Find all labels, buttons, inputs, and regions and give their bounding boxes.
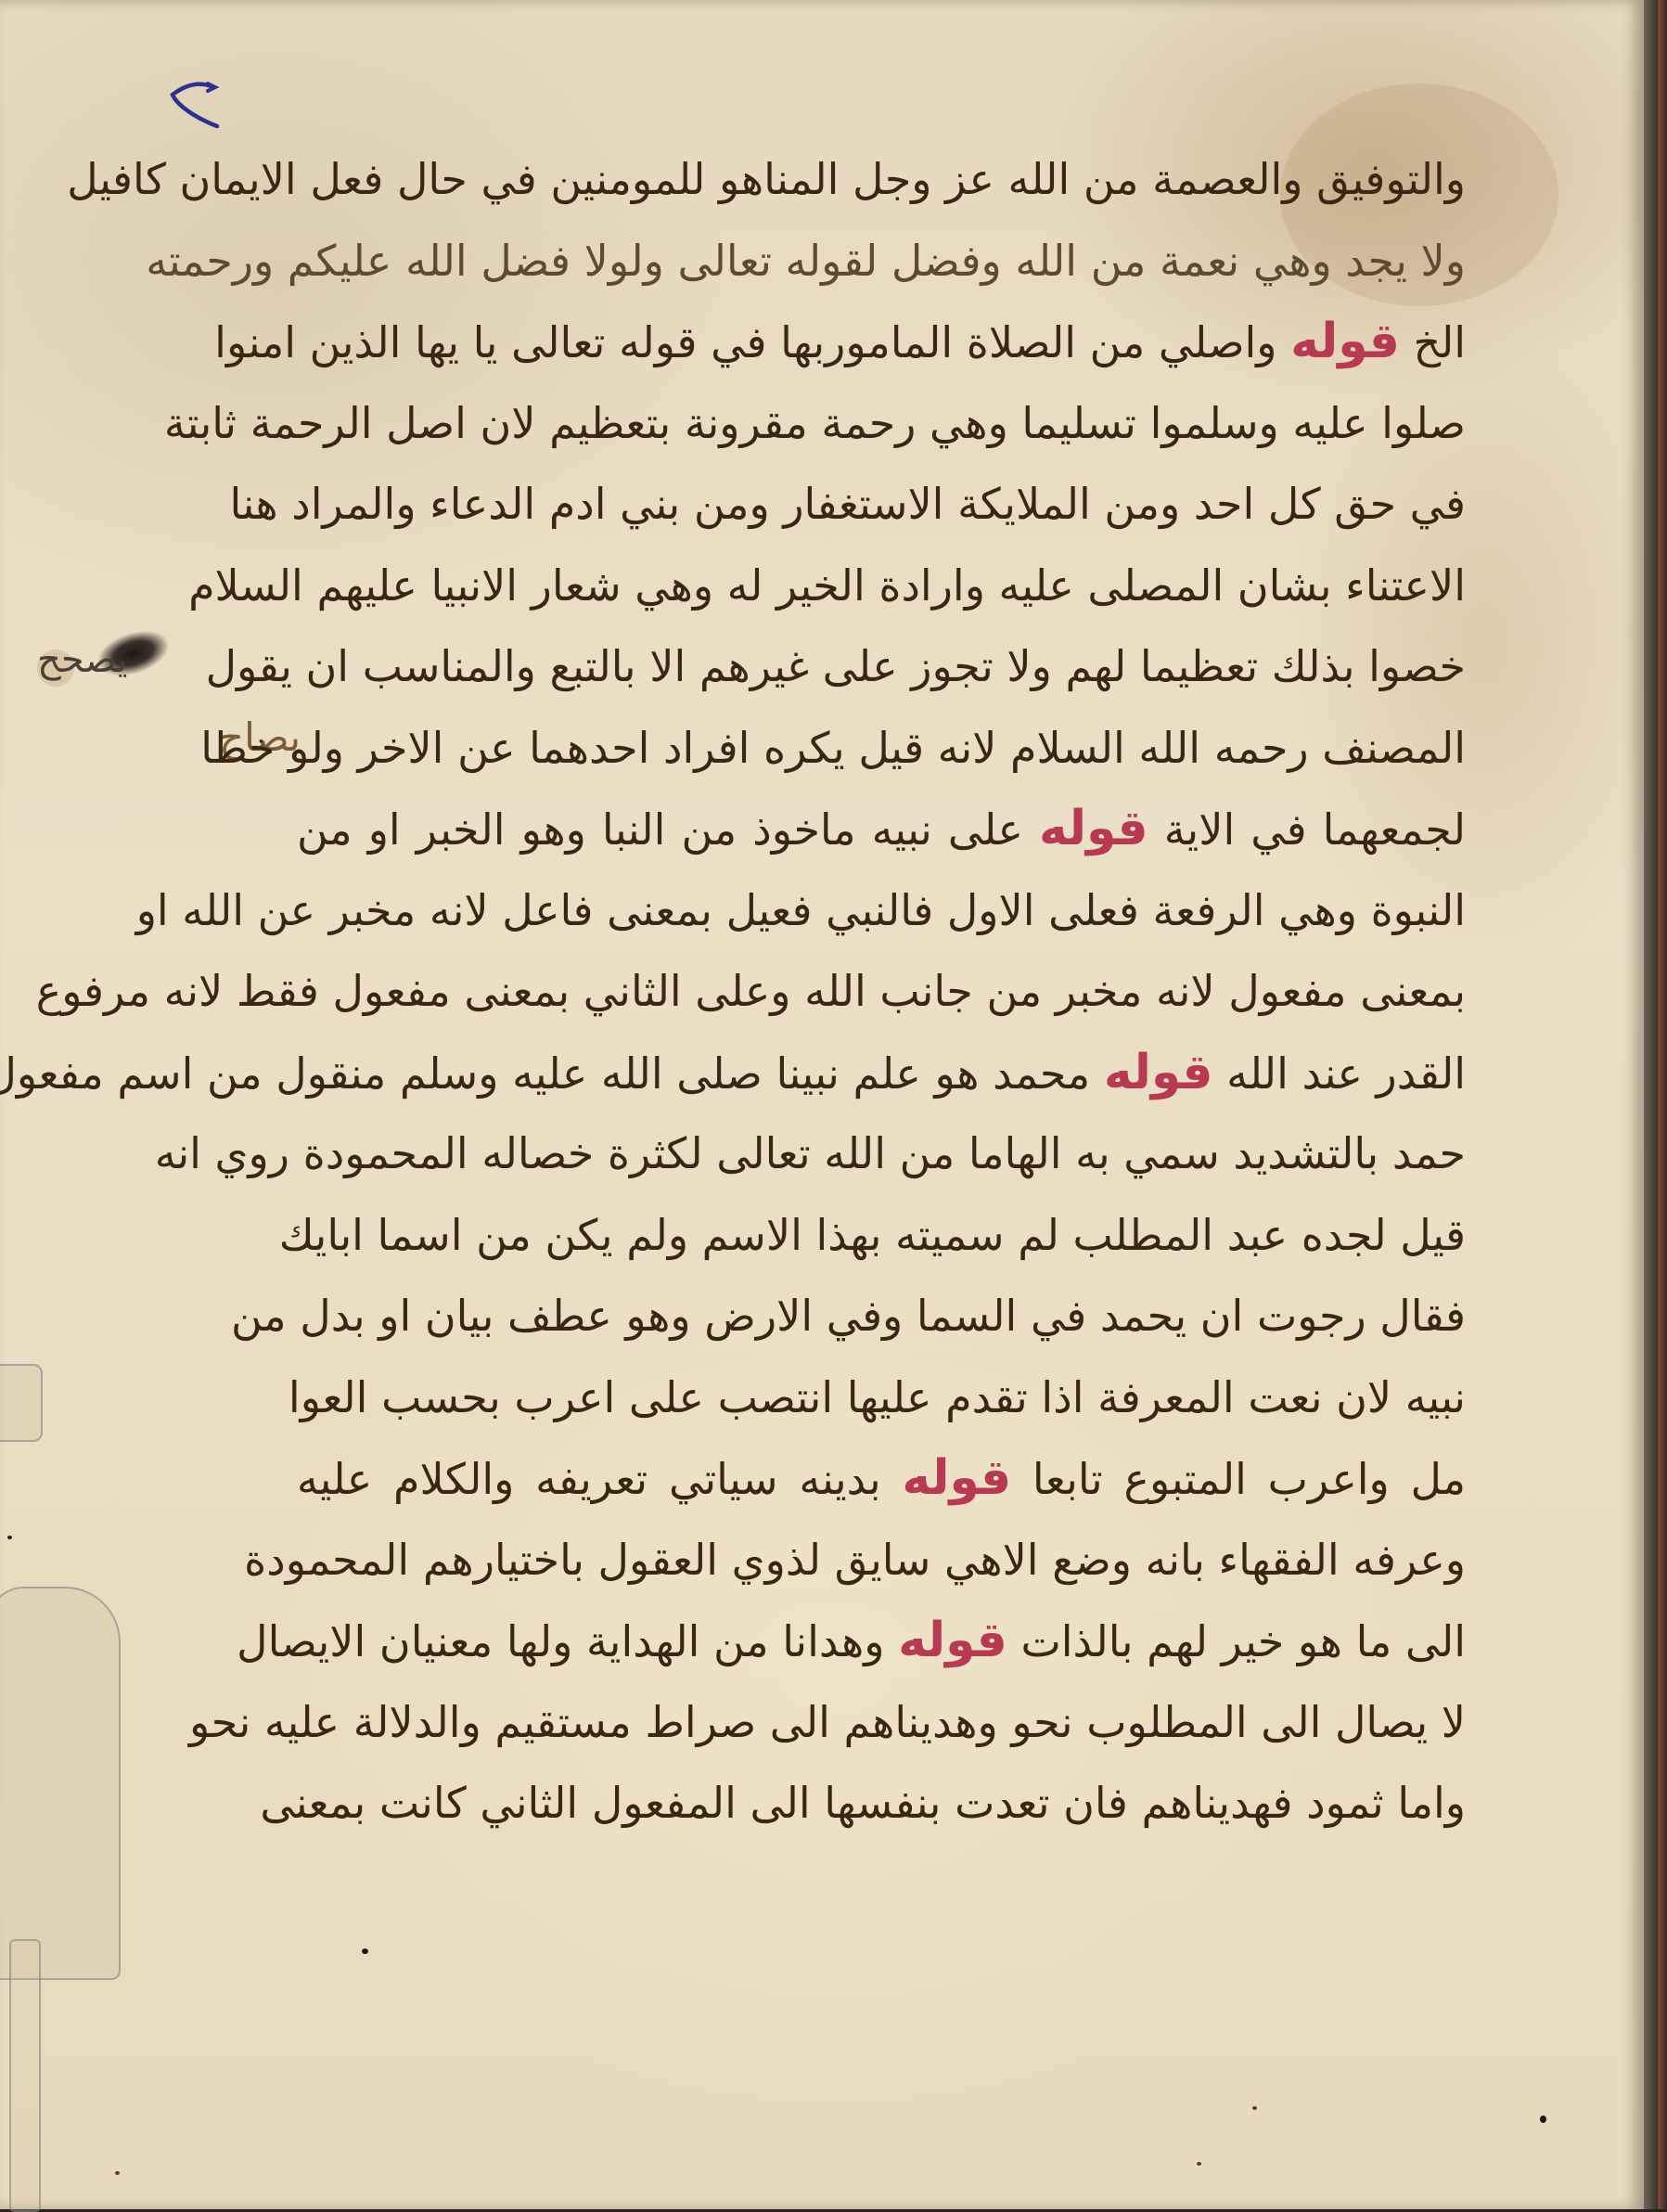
text-line: الاعتناء بشان المصلى عليه وارادة الخير ل… xyxy=(297,546,1466,627)
text-line: في حق كل احد ومن الملايكة الاستغفار ومن … xyxy=(297,464,1466,546)
book-spine-edge xyxy=(1644,0,1667,2209)
text-line: النبوة وهي الرفعة فعلى الاول فالنبي فعيل… xyxy=(297,870,1466,952)
rubric-qawluhu: قوله xyxy=(898,1613,1007,1668)
rubric-qawluhu: قوله xyxy=(1290,314,1400,369)
text-line: بمعنى مفعول لانه مخبر من جانب الله وعلى … xyxy=(297,951,1466,1033)
text-line: الخ قوله واصلي من الصلاة الماموربها في ق… xyxy=(297,302,1466,383)
rubric-qawluhu: قوله xyxy=(902,1450,1011,1506)
main-text-block: والتوفيق والعصمة من الله عز وجل المناهو … xyxy=(297,139,1466,1845)
text-line: واما ثمود فهديناهم فان تعدت بنفسها الى ا… xyxy=(297,1763,1466,1845)
manuscript-page: يصحح بصاح والتوفيق والعصمة من الله عز وج… xyxy=(0,0,1649,2209)
speck xyxy=(1252,2106,1257,2110)
text-line: فقال رجوت ان يحمد في السما وفي الارض وهو… xyxy=(297,1276,1466,1357)
margin-note: يصحح xyxy=(37,638,127,681)
speck xyxy=(1197,2162,1201,2166)
text-line: صلوا عليه وسلموا تسليما وهي رحمة مقرونة … xyxy=(297,383,1466,465)
speck xyxy=(362,1948,368,1954)
text-line: خصوا بذلك تعظيما لهم ولا تجوز على غيرهم … xyxy=(297,626,1466,708)
speck xyxy=(1540,2116,1546,2123)
text-line: قيل لجده عبد المطلب لم سميته بهذا الاسم … xyxy=(297,1195,1466,1277)
text-line: المصنف رحمه الله السلام لانه قيل يكره اف… xyxy=(297,708,1466,790)
text-line: وعرفه الفقهاء بانه وضع الاهي سايق لذوي ا… xyxy=(297,1520,1466,1601)
blue-pen-mark-icon xyxy=(160,76,224,132)
text-line: القدر عند الله قوله محمد هو علم نبينا صل… xyxy=(297,1033,1466,1114)
rubric-qawluhu: قوله xyxy=(1104,1045,1213,1100)
text-line: لا يصال الى المطلوب نحو وهديناهم الى صرا… xyxy=(297,1682,1466,1764)
text-line: الى ما هو خير لهم بالذات قوله وهدانا من … xyxy=(297,1601,1466,1682)
torn-paper-fragment xyxy=(9,1939,41,2209)
text-line: ولا يجد وهي نعمة من الله وفضل لقوله تعال… xyxy=(297,221,1466,302)
speck xyxy=(7,1536,12,1539)
text-line: حمد بالتشديد سمي به الهاما من الله تعالى… xyxy=(297,1113,1466,1195)
speck xyxy=(115,2171,120,2175)
torn-paper-fragment xyxy=(0,1587,121,1980)
text-line: نبيه لان نعت المعرفة اذا تقدم عليها انتص… xyxy=(297,1357,1466,1439)
rubric-qawluhu: قوله xyxy=(1039,801,1148,856)
text-line: مل واعرب المتبوع تابعا قوله بدينه سياتي … xyxy=(297,1438,1466,1520)
torn-paper-fragment xyxy=(0,1364,43,1442)
text-line: لجمعهما في الاية قوله على نبيه ماخوذ من … xyxy=(297,789,1466,870)
text-line: والتوفيق والعصمة من الله عز وجل المناهو … xyxy=(297,139,1466,221)
